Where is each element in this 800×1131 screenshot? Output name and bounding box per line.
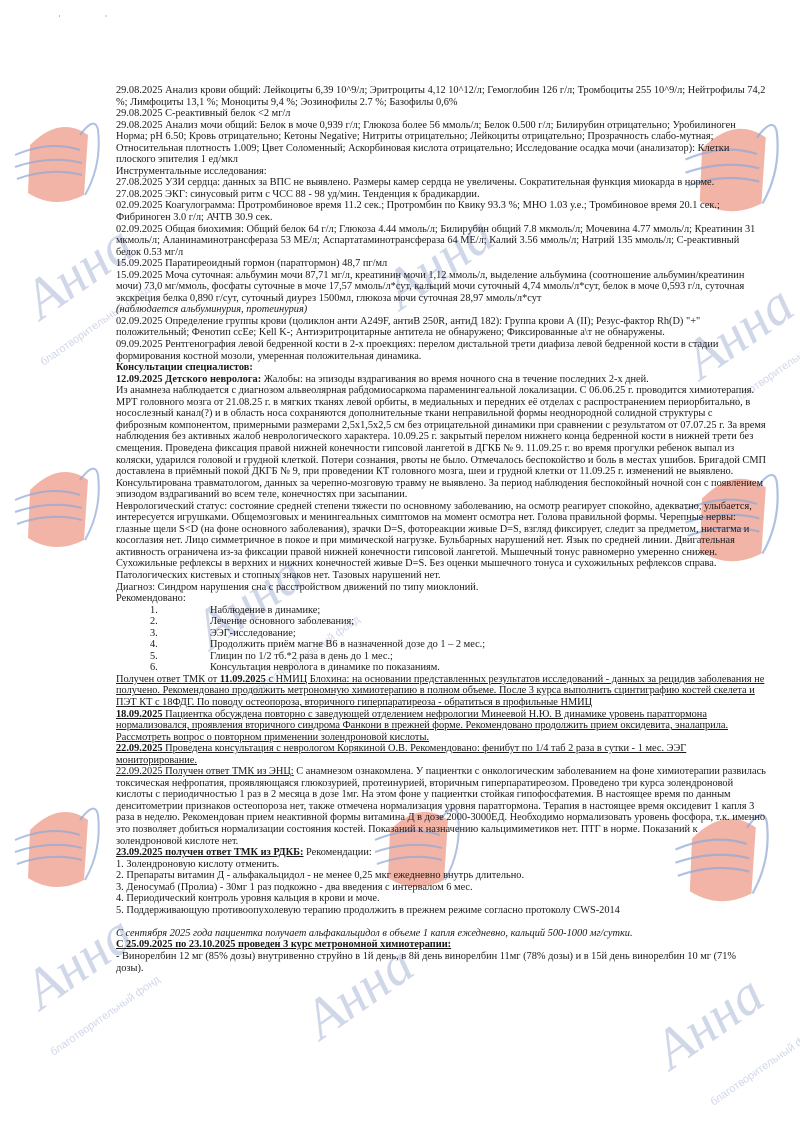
instrumental-item: 02.09.2025 Определение группы крови (цол… <box>116 316 766 339</box>
instrumental-item: 02.09.2025 Коагулограмма: Протромбиновое… <box>116 200 766 223</box>
instrumental-item: 15.09.2025 Моча суточная: альбумин мочи … <box>116 270 766 305</box>
instrumental-note: (наблюдается альбуминурия, протеинурия) <box>116 304 766 316</box>
recommendation-item: 1.Наблюдение в динамике; <box>116 605 766 617</box>
therapy-note: С сентября 2025 года пациентка получает … <box>116 928 766 940</box>
recommendation-item: 2.Лечение основного заболевания; <box>116 616 766 628</box>
instrumental-item: 15.09.2025 Паратиреоидный гормон (паратг… <box>116 258 766 270</box>
recommendation-item: 5.Глицин по 1/2 тб.*2 раза в день до 1 м… <box>116 651 766 663</box>
watermark-subtitle: благотворительный фонд <box>48 974 162 1059</box>
recommendation-item: 4.Продолжить приём магне B6 в назначенно… <box>116 639 766 651</box>
watermark-name: Анна <box>642 962 775 1082</box>
rdkb-item: 1. Золендроновую кислоту отменить. <box>116 859 766 871</box>
recommendation-item: 6.Консультация невролога в динамике по п… <box>116 662 766 674</box>
tmk-nephrology: 18.09.2025 Пациентка обсуждена повторно … <box>116 709 766 744</box>
instrumental-heading: Инструментальные исследования: <box>116 166 766 178</box>
rdkb-item: 4. Периодический контроль уровня кальция… <box>116 893 766 905</box>
recommended-label: Рекомендовано: <box>116 593 766 605</box>
consultations-heading: Консультации специалистов: <box>116 362 766 374</box>
watermark-logo <box>10 105 110 215</box>
instrumental-item: 02.09.2025 Общая биохимия: Общий белок 6… <box>116 224 766 259</box>
watermark-subtitle: благотворительный фонд <box>708 1024 800 1109</box>
scan-specks: · · <box>58 12 107 21</box>
diagnosis: Диагноз: Синдром нарушения сна с расстро… <box>116 582 766 594</box>
chemo-course-details: - Винорелбин 12 мг (85% дозы) внутривенн… <box>116 951 766 974</box>
rdkb-item: 2. Препараты витамин Д - альфакальцидол … <box>116 870 766 882</box>
rdkb-item: 5. Поддерживающую противоопухолевую тера… <box>116 905 766 917</box>
neuro-status: Неврологический статус: состояние средне… <box>116 501 766 582</box>
watermark-logo <box>10 790 110 900</box>
watermark-logo <box>10 450 110 560</box>
lab-crp: 29.08.2025 С-реактивный белок <2 мг/л <box>116 108 766 120</box>
medical-document: 29.08.2025 Анализ крови общий: Лейкоциты… <box>116 85 766 974</box>
tmk-rdkb: 23.09.2025 получен ответ ТМК из РДКБ: Ре… <box>116 847 766 859</box>
spacer <box>116 916 766 928</box>
tmk-enc: 22.09.2025 Получен ответ ТМК из ЭНЦ: С а… <box>116 766 766 847</box>
instrumental-item: 27.08.2025 ЭКГ: синусовый ритм с ЧСС 88 … <box>116 189 766 201</box>
recommendations-list: 1.Наблюдение в динамике; 2.Лечение основ… <box>116 605 766 674</box>
tmk-neurologist: 22.09.2025 Проведена консультация с невр… <box>116 743 766 766</box>
neurologist-consult: 12.09.2025 Детского невролога: Жалобы: н… <box>116 374 766 386</box>
recommendation-item: 3.ЭЭГ-исследование; <box>116 628 766 640</box>
instrumental-item: 27.08.2025 УЗИ сердца: данных за ВПС не … <box>116 177 766 189</box>
lab-blood-general: 29.08.2025 Анализ крови общий: Лейкоциты… <box>116 85 766 108</box>
neurologist-title: 12.09.2025 Детского невролога: <box>116 374 261 385</box>
lab-urine-general: 29.08.2025 Анализ мочи общий: Белок в мо… <box>116 120 766 166</box>
anamnesis: Из анамнеза наблюдается с диагнозом альв… <box>116 385 766 500</box>
neurologist-complaints: Жалобы: на эпизоды вздрагивания во время… <box>261 374 649 385</box>
chemo-course-heading: С 25.09.2025 по 23.10.2025 проведен 3 ку… <box>116 939 766 951</box>
rdkb-item: 3. Деносумаб (Пролиа) - 30мг 1 раз подко… <box>116 882 766 894</box>
tmk-nmic: Получен ответ ТМК от 11.09.2025 с НМИЦ Б… <box>116 674 766 709</box>
instrumental-item: 09.09.2025 Рентгенография левой бедренно… <box>116 339 766 362</box>
